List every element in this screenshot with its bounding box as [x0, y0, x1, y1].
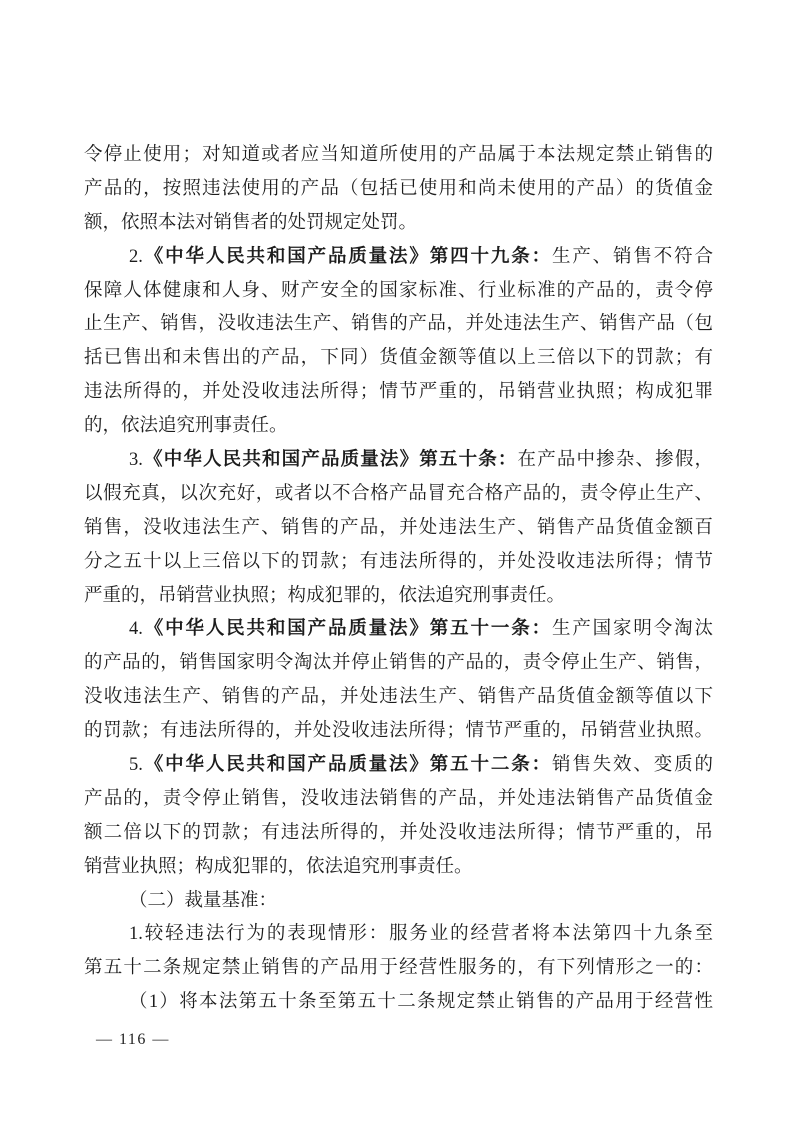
law-citation-bold: 《中华人民共和国产品质量法》第五十条：	[143, 450, 518, 470]
page-number: — 116 —	[96, 1031, 170, 1048]
text-segment: 产品的，按照违法使用的产品（包括已使用和尚未使用的产品）的货值金	[84, 179, 713, 199]
text-segment: 的罚款；有违法所得的，并处没收违法所得；情节严重的，吊销营业执照。	[84, 721, 713, 741]
text-segment: 产品的，责令停止销售，没收违法销售的产品，并处违法销售产品货值金	[84, 789, 713, 809]
law-citation-bold: 《中华人民共和国产品质量法》第五十二条：	[143, 755, 552, 775]
page-footer: — 116 —	[96, 1030, 170, 1050]
text-segment: 令停止使用；对知道或者应当知道所使用的产品属于本法规定禁止销售的	[84, 145, 713, 165]
text-segment: 违法所得的，并处没收违法所得；情节严重的，吊销营业执照；构成犯罪	[84, 382, 713, 402]
text-line: （二）裁量基准：	[84, 885, 713, 919]
text-segment: 4.	[129, 619, 143, 639]
law-citation-bold: 《中华人民共和国产品质量法》第五十一条：	[143, 619, 552, 639]
text-segment: 第五十二条规定禁止销售的产品用于经营性服务的，有下列情形之一的：	[84, 958, 713, 978]
text-segment: 销售失效、变质的	[552, 755, 713, 775]
text-segment: 生产国家明令淘汰	[552, 619, 713, 639]
text-segment: （二）裁量基准：	[129, 891, 277, 911]
text-line: 没收违法生产、销售的产品，并处违法生产、销售产品货值金额等值以下	[84, 681, 713, 715]
text-line: 产品的，责令停止销售，没收违法销售的产品，并处违法销售产品货值金	[84, 783, 713, 817]
text-line: 3.《中华人民共和国产品质量法》第五十条：在产品中掺杂、掺假，	[84, 444, 713, 478]
text-segment: （1）将本法第五十条至第五十二条规定禁止销售的产品用于经营性	[129, 992, 713, 1012]
text-line: 的产品的，销售国家明令淘汰并停止销售的产品的，责令停止生产、销售，	[84, 647, 713, 681]
text-line: 违法所得的，并处没收违法所得；情节严重的，吊销营业执照；构成犯罪	[84, 376, 713, 410]
text-line: 额二倍以下的罚款；有违法所得的，并处没收违法所得；情节严重的，吊	[84, 817, 713, 851]
text-line: 令停止使用；对知道或者应当知道所使用的产品属于本法规定禁止销售的	[84, 139, 713, 173]
text-segment: 2.	[129, 247, 143, 267]
text-line: 4.《中华人民共和国产品质量法》第五十一条：生产国家明令淘汰	[84, 613, 713, 647]
text-line: 保障人体健康和人身、财产安全的国家标准、行业标准的产品的，责令停	[84, 275, 713, 309]
text-segment: 分之五十以上三倍以下的罚款；有违法所得的，并处没收违法所得；情节	[84, 552, 713, 572]
text-segment: 括已售出和未售出的产品，下同）货值金额等值以上三倍以下的罚款；有	[84, 348, 713, 368]
document-body: 令停止使用；对知道或者应当知道所使用的产品属于本法规定禁止销售的产品的，按照违法…	[84, 139, 713, 1020]
text-segment: 销售，没收违法生产、销售的产品，并处违法生产、销售产品货值金额百	[84, 518, 713, 538]
text-segment: 销营业执照；构成犯罪的，依法追究刑事责任。	[84, 857, 473, 877]
law-citation-bold: 《中华人民共和国产品质量法》第四十九条：	[143, 247, 552, 267]
text-segment: 1.较轻违法行为的表现情形：服务业的经营者将本法第四十九条至	[129, 924, 713, 944]
text-line: 第五十二条规定禁止销售的产品用于经营性服务的，有下列情形之一的：	[84, 952, 713, 986]
text-segment: 5.	[129, 755, 143, 775]
text-line: 的，依法追究刑事责任。	[84, 410, 713, 444]
text-segment: 严重的，吊销营业执照；构成犯罪的，依法追究刑事责任。	[84, 586, 565, 606]
document-page: 令停止使用；对知道或者应当知道所使用的产品属于本法规定禁止销售的产品的，按照违法…	[0, 0, 793, 1122]
text-line: 额，依照本法对销售者的处罚规定处罚。	[84, 207, 713, 241]
text-segment: 保障人体健康和人身、财产安全的国家标准、行业标准的产品的，责令停	[84, 281, 713, 301]
text-segment: 额，依照本法对销售者的处罚规定处罚。	[84, 213, 417, 233]
text-line: 严重的，吊销营业执照；构成犯罪的，依法追究刑事责任。	[84, 580, 713, 614]
text-line: 止生产、销售，没收违法生产、销售的产品，并处违法生产、销售产品（包	[84, 308, 713, 342]
text-segment: 没收违法生产、销售的产品，并处违法生产、销售产品货值金额等值以下	[84, 687, 713, 707]
text-line: 销售，没收违法生产、销售的产品，并处违法生产、销售产品货值金额百	[84, 512, 713, 546]
text-line: 以假充真，以次充好，或者以不合格产品冒充合格产品的，责令停止生产、	[84, 478, 713, 512]
text-segment: 3.	[129, 450, 143, 470]
text-segment: 在产品中掺杂、掺假，	[518, 450, 713, 470]
text-line: 括已售出和未售出的产品，下同）货值金额等值以上三倍以下的罚款；有	[84, 342, 713, 376]
text-line: 1.较轻违法行为的表现情形：服务业的经营者将本法第四十九条至	[84, 918, 713, 952]
text-segment: 以假充真，以次充好，或者以不合格产品冒充合格产品的，责令停止生产、	[84, 484, 713, 504]
text-segment: 的产品的，销售国家明令淘汰并停止销售的产品的，责令停止生产、销售，	[84, 653, 713, 673]
text-line: 销营业执照；构成犯罪的，依法追究刑事责任。	[84, 851, 713, 885]
text-line: 分之五十以上三倍以下的罚款；有违法所得的，并处没收违法所得；情节	[84, 546, 713, 580]
text-line: 产品的，按照违法使用的产品（包括已使用和尚未使用的产品）的货值金	[84, 173, 713, 207]
text-segment: 的，依法追究刑事责任。	[84, 416, 288, 436]
text-line: 2.《中华人民共和国产品质量法》第四十九条：生产、销售不符合	[84, 241, 713, 275]
text-segment: 额二倍以下的罚款；有违法所得的，并处没收违法所得；情节严重的，吊	[84, 823, 713, 843]
text-segment: 生产、销售不符合	[552, 247, 713, 267]
text-line: 的罚款；有违法所得的，并处没收违法所得；情节严重的，吊销营业执照。	[84, 715, 713, 749]
text-segment: 止生产、销售，没收违法生产、销售的产品，并处违法生产、销售产品（包	[84, 314, 713, 334]
text-line: （1）将本法第五十条至第五十二条规定禁止销售的产品用于经营性	[84, 986, 713, 1020]
text-line: 5.《中华人民共和国产品质量法》第五十二条：销售失效、变质的	[84, 749, 713, 783]
